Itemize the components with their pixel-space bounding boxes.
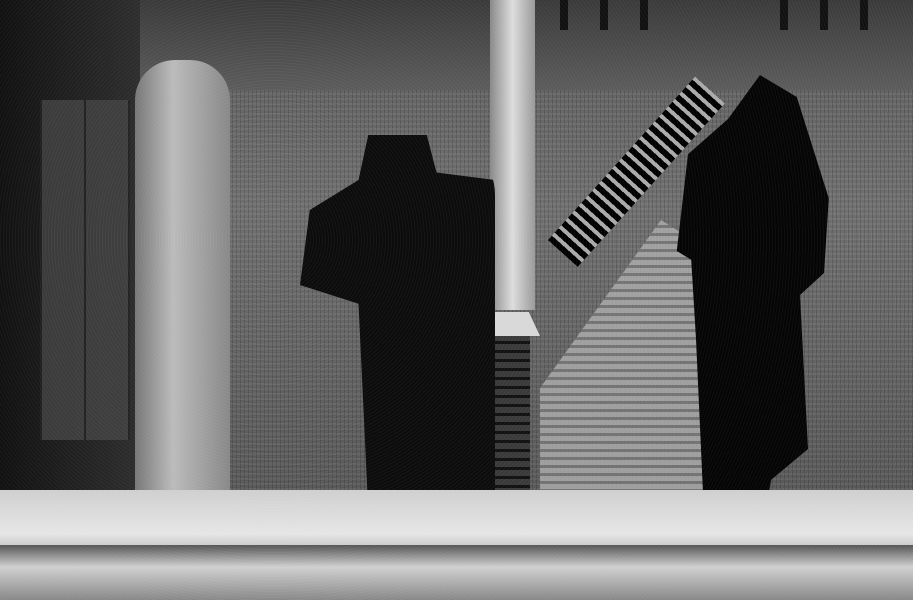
tree-trunk <box>135 60 230 530</box>
crenel <box>820 0 828 30</box>
brick-pillar <box>490 0 535 310</box>
crenel <box>780 0 788 30</box>
crenel <box>560 0 568 30</box>
window <box>40 100 130 440</box>
curb <box>0 545 913 600</box>
crenel <box>640 0 648 30</box>
crenel <box>860 0 868 30</box>
photograph <box>0 0 913 600</box>
crenel <box>600 0 608 30</box>
